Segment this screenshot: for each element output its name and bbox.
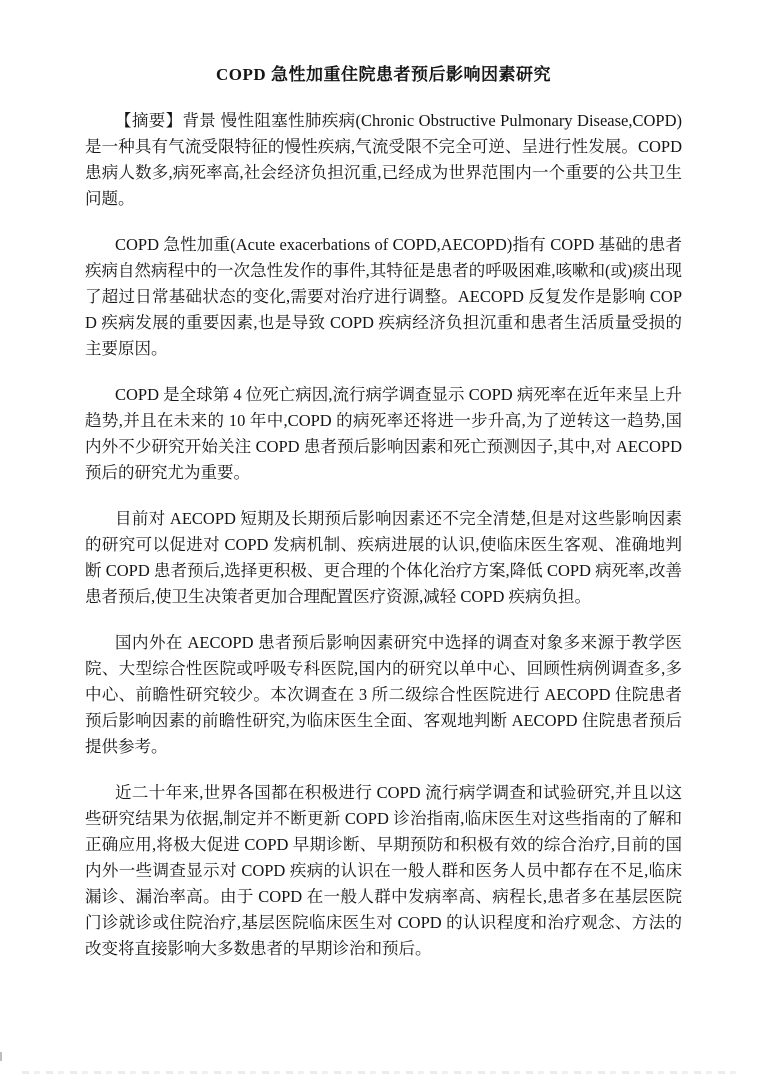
abstract-paragraph-research-significance: 目前对 AECOPD 短期及长期预后影响因素还不完全清楚,但是对这些影响因素的研… <box>85 506 682 610</box>
page-title: COPD 急性加重住院患者预后影响因素研究 <box>85 62 682 88</box>
abstract-paragraph-mortality-trend: COPD 是全球第 4 位死亡病因,流行病学调查显示 COPD 病死率在近年来呈… <box>85 382 682 486</box>
abstract-paragraph-aecopd-definition: COPD 急性加重(Acute exacerbations of COPD,AE… <box>85 232 682 362</box>
document-content: COPD 急性加重住院患者预后影响因素研究 【摘要】背景 慢性阻塞性肺疾病(Ch… <box>85 62 682 982</box>
abstract-paragraph-background: 【摘要】背景 慢性阻塞性肺疾病(Chronic Obstructive Pulm… <box>85 108 682 212</box>
next-page-text-sliver <box>22 1071 738 1074</box>
abstract-paragraph-study-design: 国内外在 AECOPD 患者预后影响因素研究中选择的调查对象多来源于教学医院、大… <box>85 630 682 760</box>
scan-edge-artifact <box>0 1052 2 1061</box>
abstract-paragraph-guidelines: 近二十年来,世界各国都在积极进行 COPD 流行病学调查和试验研究,并且以这些研… <box>85 780 682 962</box>
document-page: COPD 急性加重住院患者预后影响因素研究 【摘要】背景 慢性阻塞性肺疾病(Ch… <box>0 0 760 1075</box>
